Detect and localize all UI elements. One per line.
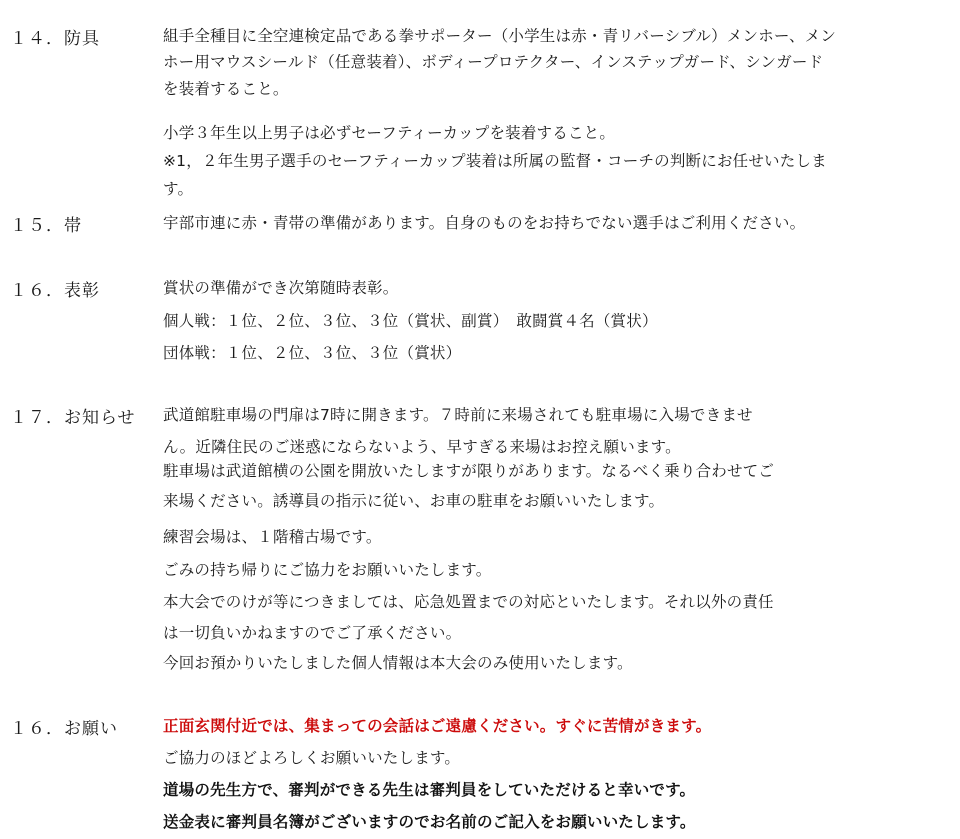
text-line: 団体戦：１位、２位、３位、３位（賞状）: [163, 341, 461, 363]
section-heading: １７．お知らせ: [10, 403, 136, 428]
text-line: す。: [163, 177, 193, 199]
section-heading: １５．帯: [10, 211, 82, 236]
text-line: 小学３年生以上男子は必ずセーフティーカップを装着すること。: [163, 121, 615, 143]
text-line: ※1，２年生男子選手のセーフティーカップ装着は所属の監督・コーチの判断にお任せい…: [163, 149, 827, 171]
text-line: 今回お預かりいたしました個人情報は本大会のみ使用いたします。: [163, 651, 633, 673]
text-line: 来場ください。誘導員の指示に従い、お車の駐車をお願いいたします。: [163, 489, 664, 511]
text-line: 個人戦：１位、２位、３位、３位（賞状、副賞） 敢闘賞４名（賞状）: [163, 309, 658, 331]
text-line: を装着すること。: [163, 77, 289, 99]
text-line: ごみの持ち帰りにご協力をお願いいたします。: [163, 558, 491, 580]
section-heading: １６．表彰: [10, 276, 100, 301]
text-line: 駐車場は武道館横の公園を開放いたしますが限りがあります。なるべく乗り合わせてご: [163, 459, 774, 481]
text-line: ご協力のほどよろしくお願いいたします。: [163, 746, 460, 768]
text-line: 武道館駐車場の門扉は7時に開きます。７時前に来場されても駐車場に入場できませ: [163, 403, 753, 425]
bold-text-line: 道場の先生方で、審判ができる先生は審判員をしていただけると幸いです。: [163, 778, 695, 800]
text-line: ん。近隣住民のご迷惑にならないよう、早すぎる来場はお控え願います。: [163, 435, 681, 457]
text-line: 賞状の準備ができ次第随時表彰。: [163, 276, 399, 298]
warning-text-line: 正面玄関付近では、集まっての会話はご遠慮ください。すぐに苦情がきます。: [163, 714, 711, 736]
section-heading: １６．お願い: [10, 714, 118, 739]
bold-text-line: 送金表に審判員名簿がございますのでお名前のご記入をお願いいたします。: [163, 810, 696, 832]
section-heading: １４．防具: [10, 24, 100, 49]
text-line: 宇部市連に赤・青帯の準備があります。自身のものをお持ちでない選手はご利用ください…: [163, 211, 805, 233]
text-line: ホー用マウスシールド（任意装着）、ボディープロテクター、インステップガード、シン…: [163, 50, 823, 72]
text-line: は一切負いかねますのでご了承ください。: [163, 621, 461, 643]
text-line: 本大会でのけが等につきましては、応急処置までの対応といたします。それ以外の責任: [163, 590, 774, 612]
text-line: 組手全種目に全空連検定品である拳サポーター（小学生は赤・青リバーシブル）メンホー…: [163, 24, 836, 46]
text-line: 練習会場は、１階稽古場です。: [163, 525, 382, 547]
